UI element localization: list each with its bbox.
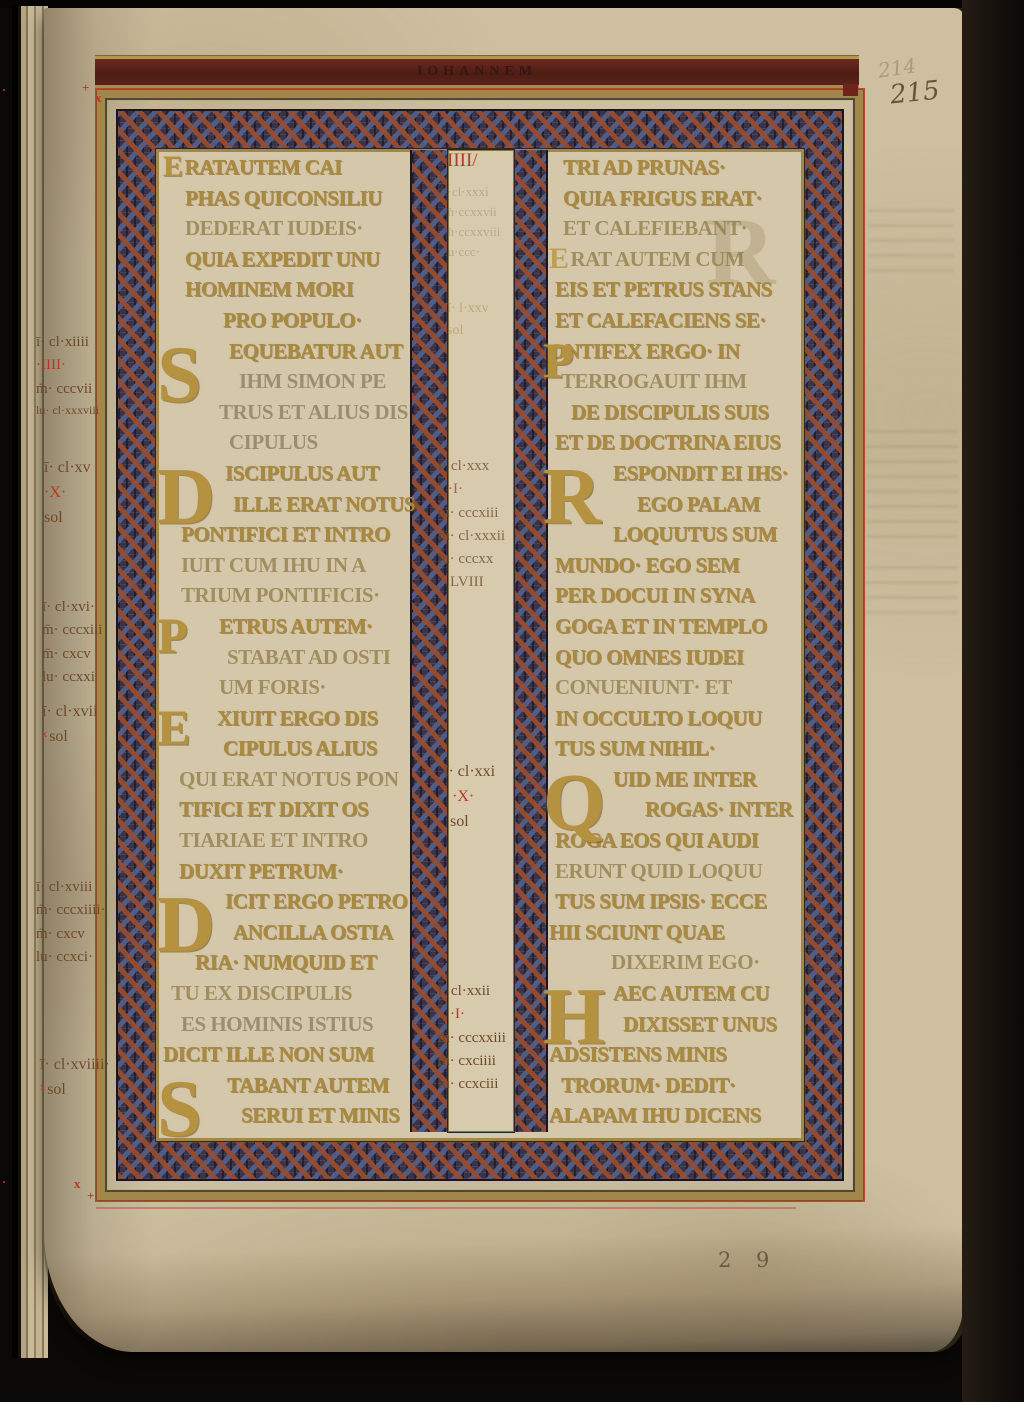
illuminated-initial: E	[157, 698, 190, 756]
note-line: IIII/	[447, 146, 478, 175]
text-line: HOMINEM MORI	[163, 274, 403, 305]
page-bottom-shadow	[44, 1202, 964, 1352]
note-line: ī· cl·xvii	[42, 700, 98, 725]
illuminated-initial: S	[157, 331, 202, 419]
note-line: sol	[44, 506, 91, 531]
note-line: m̄· cccxiii	[438, 502, 505, 525]
red-paint-block	[843, 84, 858, 96]
text-line: DE DISCIPULIS SUIS	[549, 397, 799, 428]
rubric-tick: x	[40, 1082, 45, 1093]
text-line: TU EX DISCIPULIS	[163, 978, 403, 1009]
text-column-left: ERATAUTEM CAIPHAS QUICONSILIUDEDERAT IUD…	[163, 152, 403, 1134]
text-line: QUIA FRIGUS ERAT·	[549, 183, 799, 214]
red-corner-mark: ·	[2, 82, 6, 98]
text-line: IUIT CUM IHU IN A	[163, 550, 403, 581]
red-corner-mark: +	[87, 1188, 94, 1204]
note-line: lu· cl·xxxviii	[36, 401, 99, 420]
text-line: GOGA ET IN TEMPLO	[549, 611, 799, 642]
bottom-red-rule	[96, 1207, 796, 1209]
text-line: TRI AD PRUNAS·	[549, 152, 799, 183]
text-line: TRORUM· DEDIT·	[549, 1070, 799, 1101]
canon-note-left-margin: ī· cl·xviiii·xsol	[40, 1053, 110, 1103]
note-line: ·X·	[452, 785, 495, 810]
text-line: STABAT AD OSTI	[163, 642, 403, 673]
showthrough-smudge	[868, 198, 954, 272]
note-line: ī· l·xxv	[447, 298, 489, 320]
text-line: ET CALEFIEBANT·	[549, 213, 799, 244]
rubric-tick: x	[42, 729, 47, 740]
note-line: m̄·ccxxviii	[444, 222, 500, 242]
illuminated-initial: E	[549, 242, 569, 275]
note-line: ·I·	[448, 478, 505, 501]
text-line: PER DOCUI IN SYNA	[549, 580, 799, 611]
note-line: ī· cl·xv	[44, 456, 91, 481]
text-line: TUS SUM IPSIS· ECCE	[549, 886, 799, 917]
note-line: ī· cl·xxx	[438, 455, 505, 478]
running-title: IOHANNEM	[417, 64, 537, 80]
red-corner-mark: ·	[2, 1174, 6, 1190]
canon-note-center: ī· cl·xxii·I·m̄· cccxxiiim̄· cxciiiilu· …	[438, 980, 506, 1096]
text-line: ETRUS AUTEM·	[163, 611, 403, 642]
note-line: ī· cl·xvi·	[42, 596, 102, 619]
text-line: ES HOMINIS ISTIUS	[163, 1009, 403, 1040]
text-line: ALAPAM IHU DICENS	[549, 1100, 799, 1131]
text-line: TERROGAUIT IHM	[549, 366, 799, 397]
text-line: DEDERAT IUDEIS·	[163, 213, 403, 244]
text-line: MUNDO· EGO SEM	[549, 550, 799, 581]
illuminated-initial: H	[543, 973, 605, 1061]
text-line: ERUNT QUID LOQUU	[549, 856, 799, 887]
note-line: ī· cl·xxii	[438, 980, 506, 1003]
text-line: HII SCIUNT QUAE	[549, 917, 799, 948]
text-line: ONTIFEX ERGO· IN	[549, 336, 799, 367]
note-line: xsol	[42, 725, 98, 750]
canon-note-center: IIII/	[447, 146, 478, 175]
canon-note-left-margin: ī· cl·xv·X·sol	[44, 456, 91, 530]
illuminated-initial: E	[163, 150, 183, 183]
note-line: lu· ccxci·	[36, 946, 106, 969]
text-line: PHAS QUICONSILIU	[163, 183, 403, 214]
photo-top-edge	[0, 0, 1024, 8]
note-line: lu· ccxciii	[438, 1073, 506, 1096]
note-line: m̄· cccxxiii	[438, 1027, 506, 1050]
canon-note-left-margin: ī· cl·xvi·m̄· cccxiiim̄· cxcvlu· ccxxi	[42, 596, 102, 689]
note-line: m̄· cccvii	[36, 378, 99, 401]
note-line: m̄· cccxiiii·	[36, 899, 106, 922]
note-line: ī·cl·xxxi	[444, 182, 500, 202]
note-line: m̄· cl·xxxii	[438, 525, 505, 548]
canon-note-left-margin: ī· cl·xiiii·IIII·m̄· cccviilu· cl·xxxvii…	[36, 331, 99, 419]
note-line: LVIII	[450, 571, 505, 594]
canon-note-center: ī· cl·xxi·X·sol	[444, 760, 495, 834]
folio-number: 215	[889, 75, 942, 110]
note-line: m̄· cxcv	[36, 923, 106, 946]
note-line: ·I·	[450, 1003, 506, 1026]
note-line: m̄· cxciiii	[438, 1050, 506, 1073]
text-line: CONUENIUNT· ET	[549, 672, 799, 703]
text-line: ET CALEFACIENS SE·	[549, 305, 799, 336]
note-line: ·IIII·	[36, 354, 99, 377]
showthrough-smudge	[862, 556, 958, 614]
text-line: TIFICI ET DIXIT OS	[163, 794, 403, 825]
note-line: m̄· cccxiii	[42, 619, 102, 642]
note-line: xsol	[40, 1078, 110, 1103]
text-line: UM FORIS·	[163, 672, 403, 703]
illuminated-initial: D	[157, 881, 215, 969]
illuminated-initial: R	[543, 453, 601, 541]
canon-note-center: ī·cl·xxxim̄·ccxxviim̄·ccxxviiilu·ccc·	[444, 182, 500, 263]
text-line: TRIUM PONTIFICIS·	[163, 580, 403, 611]
canon-note-center: ī· l·xxvsol	[447, 298, 489, 341]
note-line: m̄· cxcv	[42, 643, 102, 666]
photo-right-edge	[962, 0, 1024, 1402]
text-line: XIUIT ERGO DIS	[163, 703, 403, 734]
note-line: m̄·ccxxvii	[444, 202, 500, 222]
text-line: QUI ERAT NOTUS PON	[163, 764, 403, 795]
note-line: ī· cl·xiiii	[36, 331, 99, 354]
note-line: lu·ccc·	[444, 242, 500, 262]
text-line: TIARIAE ET INTRO	[163, 825, 403, 856]
note-line: ī· cl·xviiii·	[40, 1053, 110, 1078]
text-column-right: TRI AD PRUNAS·QUIA FRIGUS ERAT·ET CALEFI…	[549, 152, 799, 1134]
note-line: lu· cccxx	[438, 548, 505, 571]
text-line: ERAT AUTEM CUM	[549, 244, 799, 275]
note-line: ī· cl·xviii	[36, 876, 106, 899]
note-line: ·X·	[44, 481, 91, 506]
note-line: lu· ccxxi	[42, 666, 102, 689]
illuminated-initial: P	[543, 331, 574, 389]
red-corner-mark: x	[74, 1176, 81, 1192]
quire-number: 2 9	[718, 1248, 778, 1272]
red-corner-mark: x	[95, 90, 102, 106]
canon-note-left-margin: ī· cl·xviiim̄· cccxiiii·m̄· cxcvlu· ccxc…	[36, 876, 106, 969]
note-line: sol	[450, 810, 495, 835]
illuminated-initial: Q	[543, 759, 605, 847]
illuminated-initial: D	[157, 453, 215, 541]
illuminated-initial: P	[157, 606, 188, 664]
text-line: IN OCCULTO LOQUU	[549, 703, 799, 734]
note-line: ī· cl·xxi	[444, 760, 495, 785]
text-line: ERATAUTEM CAI	[163, 152, 403, 183]
photo-stage: IOHANNEM 214 215 R ERATAUTEM CAIPHAS QUI…	[0, 0, 1024, 1402]
red-corner-mark: +	[82, 80, 89, 96]
text-line: QUIA EXPEDIT UNU	[163, 244, 403, 275]
note-line: sol	[447, 320, 489, 342]
canon-note-left-margin: ī· cl·xviixsol	[42, 700, 98, 750]
illuminated-initial: S	[157, 1065, 202, 1153]
text-line: CIPULUS ALIUS	[163, 733, 403, 764]
text-line: QUO OMNES IUDEI	[549, 642, 799, 673]
showthrough-smudge	[866, 420, 958, 538]
text-line: EIS ET PETRUS STANS	[549, 274, 799, 305]
running-title-band: IOHANNEM	[95, 56, 859, 88]
canon-note-center: ī· cl·xxx·I·m̄· cccxiiim̄· cl·xxxiilu· c…	[438, 455, 505, 595]
